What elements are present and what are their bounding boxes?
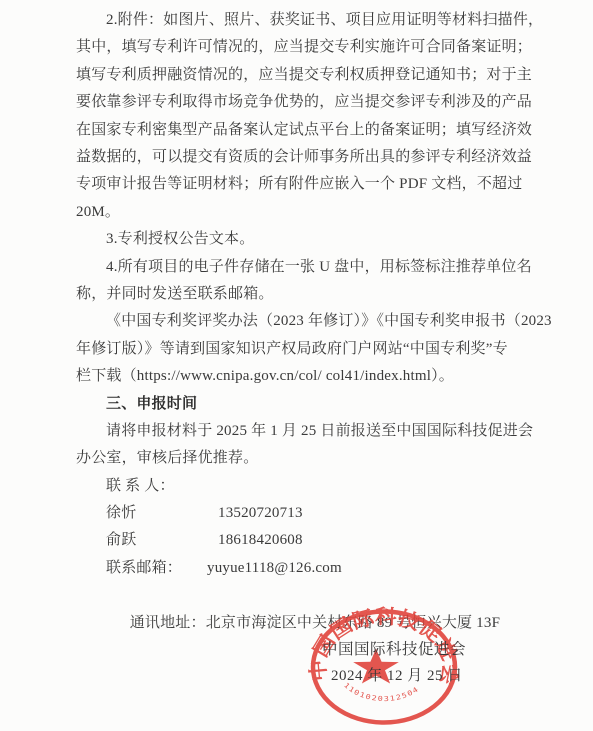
attachments-line: 填写专利质押融资情况的，应当提交专利权质押登记通知书；对于主 bbox=[76, 62, 546, 89]
email-label: 联系邮箱： bbox=[106, 555, 207, 582]
contact-phone: 18618420608 bbox=[218, 527, 303, 554]
contacts-label: 联 系 人： bbox=[76, 473, 546, 500]
address-label: 通讯地址： bbox=[130, 615, 206, 631]
email-value: yuyue1118@126.com bbox=[207, 555, 342, 582]
document-page: 2.附件：如图片、照片、获奖证书、项目应用证明等材料扫描件， 其中，填写专利许可… bbox=[0, 0, 593, 731]
contact-name: 徐忻 bbox=[106, 500, 218, 527]
contact-name: 俞跃 bbox=[106, 527, 218, 554]
download-line: 《中国专利奖评奖办法（2023 年修订）》《中国专利奖申报书（2023 bbox=[76, 308, 546, 335]
download-line: 年修订版）》等请到国家知识产权局政府门户网站“中国专利奖”专 bbox=[76, 336, 546, 363]
attachments-line: 20M。 bbox=[76, 199, 546, 226]
contact-row: 徐忻13520720713 bbox=[76, 500, 546, 527]
contact-phone: 13520720713 bbox=[218, 500, 303, 527]
attachments-line: 其中，填写专利许可情况的，应当提交专利实施许可合同备案证明； bbox=[76, 34, 546, 61]
attachments-line: 2.附件：如图片、照片、获奖证书、项目应用证明等材料扫描件， bbox=[76, 7, 546, 34]
section-heading-application-time: 三、申报时间 bbox=[76, 390, 546, 417]
email-row: 联系邮箱：yuyue1118@126.com bbox=[76, 555, 546, 582]
attachments-line: 益数据的，可以提交有资质的会计师事务所出具的参评专利经济效益 bbox=[76, 144, 546, 171]
attachments-line: 要依靠参评专利取得市场竞争优势的，应当提交参评专利涉及的产品 bbox=[76, 89, 546, 116]
signature-date: 2024 年 12 月 25 日 bbox=[331, 664, 463, 685]
contact-row: 俞跃18618420608 bbox=[76, 527, 546, 554]
document-body: 2.附件：如图片、照片、获奖证书、项目应用证明等材料扫描件， 其中，填写专利许可… bbox=[76, 7, 546, 610]
item4-line: 称，并同时发送至联系邮箱。 bbox=[76, 281, 546, 308]
item3-line: 3.专利授权公告文本。 bbox=[76, 226, 546, 253]
deadline-line: 请将申报材料于 2025 年 1 月 25 日前报送至中国国际科技促进会 bbox=[76, 418, 546, 445]
item4-line: 4.所有项目的电子件存储在一张 U 盘中，用标签标注推荐单位名 bbox=[76, 254, 546, 281]
attachments-line: 专项审计报告等证明材料；所有附件应嵌入一个 PDF 文档，不超过 bbox=[76, 171, 546, 198]
deadline-line: 办公室，审核后择优推荐。 bbox=[76, 445, 546, 472]
attachments-line: 在国家专利密集型产品备案认定试点平台上的备案证明；填写经济效 bbox=[76, 117, 546, 144]
download-url-line: 栏下载（https://www.cnipa.gov.cn/col/ col41/… bbox=[76, 363, 546, 390]
signature-organization: 中国国际科技促进会 bbox=[322, 637, 466, 659]
